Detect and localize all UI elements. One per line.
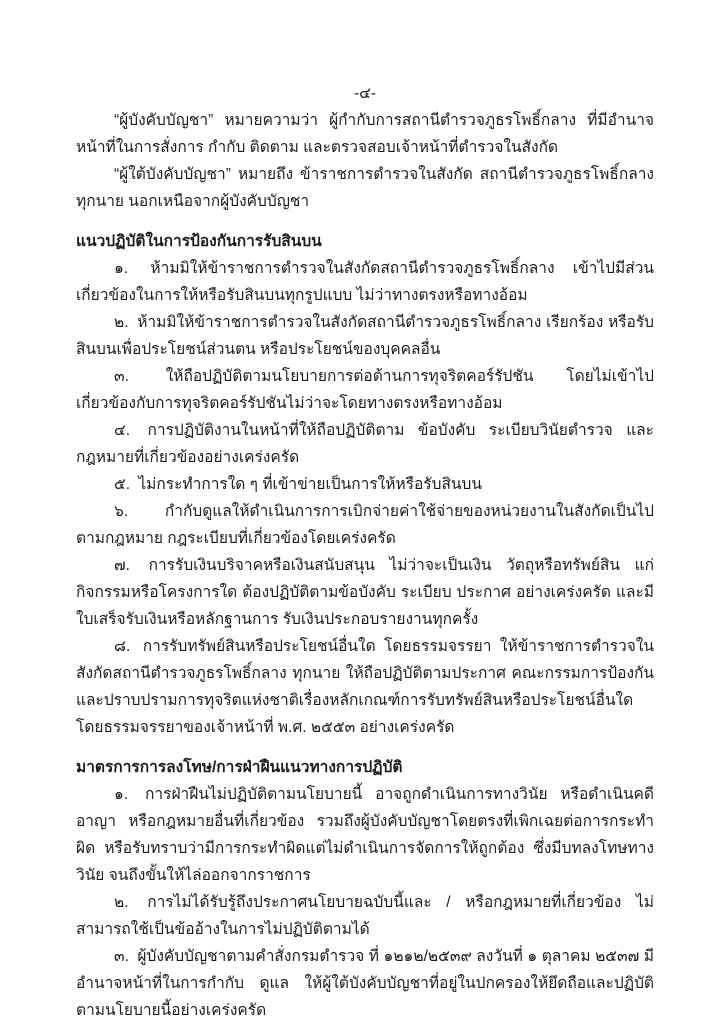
list-item: ๘. การรับทรัพย์สินหรือประโยชน์อื่นใด โดย… — [76, 633, 654, 741]
item-text: การฝ่าฝืนไม่ปฏิบัติตามนโยบายนี้ อาจถูกดำ… — [76, 786, 654, 884]
section-title-penalties: มาตรการการลงโทษ/การฝ่าฝืนแนวทางการปฏิบัต… — [76, 754, 654, 781]
list-item: ๒. ห้ามมิให้ข้าราชการตำรวจในสังกัดสถานีต… — [76, 309, 654, 363]
page-number: -๔- — [76, 80, 654, 107]
list-item: ๗. การรับเงินบริจาคหรือเงินสนับสนุน ไม่ว… — [76, 552, 654, 633]
item-text: ห้ามมิให้ข้าราชการตำรวจในสังกัดสถานีตำรว… — [76, 260, 654, 304]
item-text: ห้ามมิให้ข้าราชการตำรวจในสังกัดสถานีตำรว… — [76, 314, 654, 358]
item-text: การรับเงินบริจาคหรือเงินสนับสนุน ไม่ว่าจ… — [76, 557, 654, 628]
list-item: ๒. การไม่ได้รับรู้ถึงประกาศนโยบายฉบับนี้… — [76, 889, 654, 943]
item-text: การรับทรัพย์สินหรือประโยชน์อื่นใด โดยธรร… — [76, 638, 654, 736]
item-number: ๓. — [114, 948, 129, 965]
item-text: ไม่กระทำการใด ๆ ที่เข้าข่ายเป็นการให้หรื… — [138, 476, 482, 493]
item-number: ๖. — [114, 503, 128, 520]
item-number: ๘. — [114, 638, 130, 655]
item-text: การปฏิบัติงานในหน้าที่ให้ถือปฏิบัติตาม ข… — [76, 422, 654, 466]
document-page: -๔- “ผู้บังคับบัญชา” หมายความว่า ผู้กำกั… — [0, 0, 724, 1024]
list-item: ๔. การปฏิบัติงานในหน้าที่ให้ถือปฏิบัติตา… — [76, 417, 654, 471]
item-number: ๒. — [114, 314, 129, 331]
item-number: ๑. — [114, 260, 128, 277]
intro-paragraph: “ผู้ใต้บังคับบัญชา” หมายถึง ข้าราชการตำร… — [76, 161, 654, 215]
section-title-bribery-prevention: แนวปฏิบัติในการป้องกันการรับสินบน — [76, 228, 654, 255]
item-number: ๗. — [114, 557, 130, 574]
list-item: ๓. ผู้บังคับบัญชาตามคำสั่งกรมตำรวจ ที่ ๑… — [76, 943, 654, 1024]
list-item: ๖. กำกับดูแลให้ดำเนินการการเบิกจ่ายค่าใช… — [76, 498, 654, 552]
item-number: ๓. — [114, 368, 129, 385]
list-item: ๑. ห้ามมิให้ข้าราชการตำรวจในสังกัดสถานีต… — [76, 255, 654, 309]
item-text: ให้ถือปฏิบัติตามนโยบายการต่อต้านการทุจริ… — [76, 368, 654, 412]
list-item: ๕. ไม่กระทำการใด ๆ ที่เข้าข่ายเป็นการให้… — [76, 471, 654, 498]
list-item: ๓. ให้ถือปฏิบัติตามนโยบายการต่อต้านการทุ… — [76, 363, 654, 417]
item-number: ๕. — [114, 476, 130, 493]
item-text: การไม่ได้รับรู้ถึงประกาศนโยบายฉบับนี้และ… — [76, 894, 654, 938]
item-text: ผู้บังคับบัญชาตามคำสั่งกรมตำรวจ ที่ ๑๒๑๒… — [76, 948, 654, 1019]
item-number: ๒. — [114, 894, 129, 911]
intro-paragraph: “ผู้บังคับบัญชา” หมายความว่า ผู้กำกับการ… — [76, 107, 654, 161]
item-number: ๑. — [114, 786, 128, 803]
item-text: กำกับดูแลให้ดำเนินการการเบิกจ่ายค่าใช้จ่… — [76, 503, 654, 547]
list-item: ๑. การฝ่าฝืนไม่ปฏิบัติตามนโยบายนี้ อาจถู… — [76, 781, 654, 889]
item-number: ๔. — [114, 422, 130, 439]
